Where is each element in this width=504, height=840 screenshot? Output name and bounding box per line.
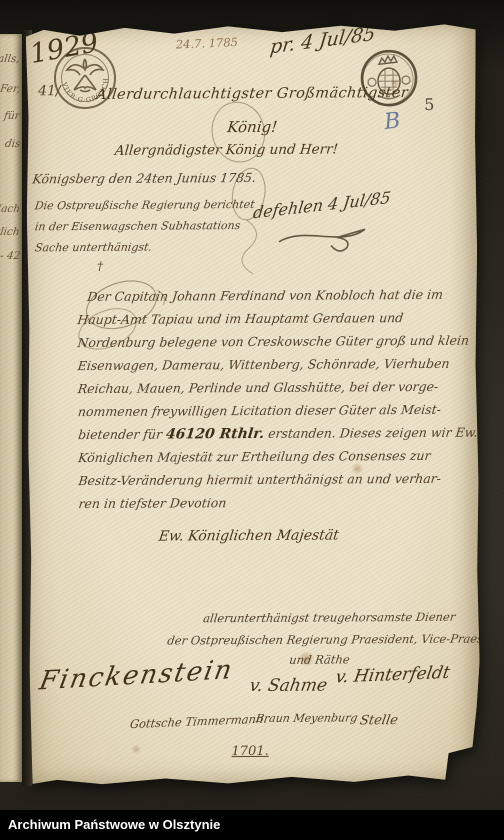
- binding-page-edge: falls, Fer, für dis Nach rtlich - 42: [0, 34, 22, 782]
- closing-line: der Ostpreußischen Regierung Praesident,…: [167, 632, 493, 648]
- purchase-amount: 46120 Rthlr.: [165, 426, 265, 443]
- scan-photo-area: falls, Fer, für dis Nach rtlich - 42 192…: [0, 0, 504, 810]
- signature-secondary: Gottsche Timmermann.: [129, 711, 268, 731]
- closing-line: allerunterthänigst treugehorsamste Diene…: [178, 610, 480, 626]
- spine-text-fragment: rtlich: [0, 226, 21, 238]
- body-line: Haupt-Amt Tapiau und im Hauptamt Gerdaue…: [77, 310, 405, 327]
- foxing-spot: [130, 745, 142, 754]
- signature-councillor: v. Hinterfeldt: [334, 663, 451, 688]
- body-line: Nordenburg belegene von Creskowsche Güte…: [77, 333, 470, 350]
- spine-text-fragment: - 42: [0, 250, 21, 262]
- pencil-date-note: 24.7. 1785: [176, 35, 239, 52]
- register-note-line: in der Eisenwagschen Subhastations: [34, 219, 241, 233]
- archive-name-label: Archiwum Państwowe w Olsztynie: [0, 810, 504, 840]
- body-line: Eisenwagen, Damerau, Wittenberg, Schönra…: [77, 356, 451, 373]
- amount-line-pre: bietender für: [77, 427, 167, 443]
- dateline: Königsberg den 24ten Junius 1785.: [32, 170, 257, 186]
- body-line: nommenen freywilligen Licitation dieser …: [77, 402, 442, 419]
- body-line-amount: bietender für 46120 Rthlr. erstanden. Di…: [77, 425, 479, 443]
- signature-paraph-icon: [275, 221, 371, 256]
- pencil-page-number: 5: [424, 95, 434, 114]
- manuscript-page-wrap: 1929 VIER·G·GROSCHEN 41/ 24.7. 1785 pr. …: [28, 24, 478, 784]
- body-line: ren in tiefster Devotion: [78, 495, 228, 511]
- folio-number: 1701.: [200, 744, 300, 760]
- body-line: Königlichen Majestät zur Ertheilung des …: [77, 448, 431, 465]
- signature-president: Finckenstein: [37, 655, 236, 697]
- signature-secondary: Stelle: [359, 713, 399, 728]
- address-line: Ew. Königlichen Majestät: [108, 527, 390, 545]
- body-line: Besitz-Veränderung hiermit unterthänigst…: [78, 471, 442, 488]
- manuscript-page: 1929 VIER·G·GROSCHEN 41/ 24.7. 1785 pr. …: [26, 23, 481, 786]
- spine-text-fragment: Fer,: [0, 83, 21, 95]
- signature-vice-president: v. Sahme: [248, 676, 329, 696]
- pen-flourish-icon: [176, 96, 307, 287]
- archive-caption-bar: Archiwum Państwowe w Olsztynie: [0, 810, 504, 840]
- closing-line: und Räthe: [257, 652, 383, 667]
- register-note-line: Die Ostpreußische Regierung berichtet: [34, 198, 256, 212]
- spine-text-fragment: dis: [4, 138, 21, 150]
- register-note-line: Sache unterthänigst.: [34, 241, 153, 255]
- spine-text-fragment: falls,: [0, 53, 21, 65]
- spine-text-fragment: für: [3, 110, 20, 122]
- fee-number: 41/: [38, 83, 61, 99]
- body-line: Reichau, Mauen, Perlinde und Glasshütte,…: [77, 379, 439, 396]
- spine-text-fragment: Nach: [0, 203, 21, 215]
- body-line: Der Capitain Johann Ferdinand von Knoblo…: [86, 287, 443, 304]
- signature-secondary: Braun Meyenburg: [255, 711, 359, 725]
- amount-line-post: erstanden. Dieses zeigen wir Ew.: [263, 425, 478, 441]
